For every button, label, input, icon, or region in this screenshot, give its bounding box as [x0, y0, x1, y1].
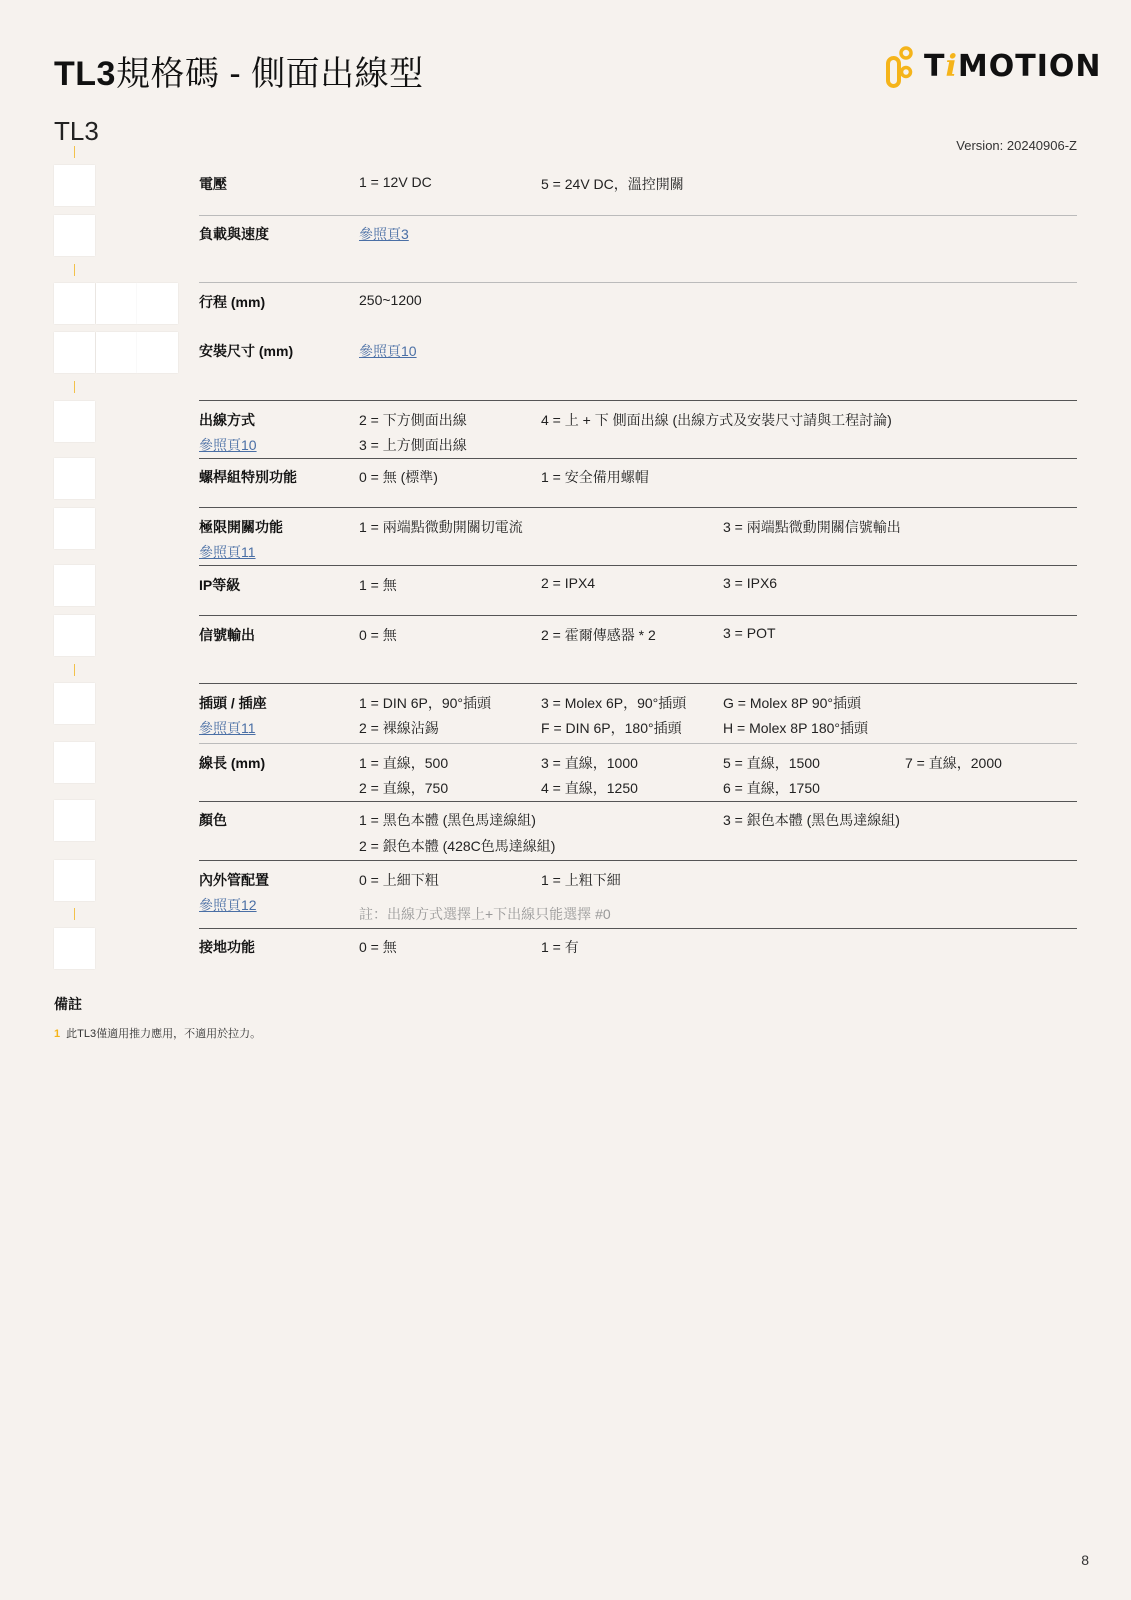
option: 2 = 裸線沾錫 [359, 718, 439, 738]
code-box-load-speed[interactable] [54, 215, 95, 256]
logo-circles-icon [886, 42, 914, 90]
code-box-signal[interactable] [54, 615, 95, 656]
option: 1 = DIN 6P，90°插頭 [359, 693, 491, 713]
row-ip-rating: IP等級 1 = 無 2 = IPX4 3 = IPX6 [199, 565, 1077, 616]
title-text: 規格碼 - 側面出線型 [116, 55, 424, 93]
option: 1 = 直線，500 [359, 753, 448, 773]
option: 1 = 黑色本體 (黑色馬達線組) [359, 810, 536, 830]
code-box-color[interactable] [54, 800, 95, 841]
option: 0 = 無 [359, 937, 397, 957]
option: 7 = 直線，2000 [905, 753, 1002, 773]
code-box-stroke-3[interactable] [137, 283, 178, 324]
row-ground: 接地功能 0 = 無 1 = 有 [199, 928, 1077, 971]
ref-page-link[interactable]: 參照頁11 [199, 542, 256, 562]
option: 0 = 無 [359, 625, 397, 645]
row-color: 顏色 1 = 黑色本體 (黑色馬達線組) 3 = 銀色本體 (黑色馬達線組) 2… [199, 801, 1077, 861]
code-box-install-1[interactable] [54, 332, 95, 373]
option: 3 = Molex 6P，90°插頭 [541, 693, 686, 713]
option: 2 = 直線，750 [359, 778, 448, 798]
option: 1 = 安全備用螺帽 [541, 467, 649, 487]
separator-tick [74, 664, 75, 676]
option: G = Molex 8P 90°插頭 [723, 693, 861, 713]
option: H = Molex 8P 180°插頭 [723, 718, 868, 738]
ref-page-link[interactable]: 參照頁11 [199, 718, 256, 738]
code-box-ground[interactable] [54, 928, 95, 969]
row-voltage: 電壓 1 = 12V DC 5 = 24V DC，溫控開關 [199, 170, 1077, 215]
code-box-cable-exit[interactable] [54, 401, 95, 442]
option: 3 = POT [723, 625, 776, 641]
row-label: 信號輸出 [199, 625, 255, 645]
code-box-stroke-1[interactable] [54, 283, 95, 324]
ref-page-link[interactable]: 參照頁3 [359, 224, 409, 244]
ref-page-link[interactable]: 參照頁12 [199, 895, 257, 915]
option: 6 = 直線，1750 [723, 778, 820, 798]
ref-page-link[interactable]: 參照頁10 [199, 435, 257, 455]
option: 5 = 直線，1500 [723, 753, 820, 773]
code-box-voltage[interactable] [54, 165, 95, 206]
row-label: 安裝尺寸 (mm) [199, 341, 293, 361]
separator-tick [74, 908, 75, 920]
logo-wordmark: TiMOTION [924, 49, 1101, 84]
option: 2 = 銀色本體 (428C色馬達線組) [359, 836, 555, 856]
code-box-tube[interactable] [54, 860, 95, 901]
page-title: TL3規格碼 - 側面出線型 [54, 46, 424, 95]
row-label: 螺桿組特別功能 [199, 467, 297, 487]
option: 3 = IPX6 [723, 575, 777, 591]
row-note: 註：出線方式選擇上+下出線只能選擇 #0 [359, 904, 611, 924]
notes-title: 備註 [54, 994, 82, 1014]
option: 1 = 12V DC [359, 174, 432, 190]
option: 2 = 霍爾傳感器 * 2 [541, 625, 656, 645]
separator-tick [74, 381, 75, 393]
row-load-speed: 負載與速度 參照頁3 [199, 215, 1077, 283]
timotion-logo: TiMOTION [886, 42, 1101, 90]
option: 250~1200 [359, 292, 422, 308]
row-limit-switch: 極限開關功能 參照頁11 1 = 兩端點微動開關切電流 3 = 兩端點微動開關信… [199, 507, 1077, 566]
option: 3 = 銀色本體 (黑色馬達線組) [723, 810, 900, 830]
row-cable-length: 線長 (mm) 1 = 直線，500 3 = 直線，1000 5 = 直線，15… [199, 743, 1077, 802]
row-label: 接地功能 [199, 937, 255, 957]
option: 3 = 兩端點微動開關信號輸出 [723, 517, 901, 537]
code-box-install-3[interactable] [137, 332, 178, 373]
row-install-dim: 安裝尺寸 (mm) 參照頁10 [199, 332, 1077, 400]
row-spindle: 螺桿組特別功能 0 = 無 (標準) 1 = 安全備用螺帽 [199, 458, 1077, 508]
code-box-plug[interactable] [54, 683, 95, 724]
option: 0 = 上細下粗 [359, 870, 439, 890]
row-plug: 插頭 / 插座 參照頁11 1 = DIN 6P，90°插頭 3 = Molex… [199, 683, 1077, 744]
option: 3 = 直線，1000 [541, 753, 638, 773]
note-item: 1此TL3僅適用推力應用，不適用於拉力。 [54, 1025, 261, 1041]
code-box-cable-length[interactable] [54, 742, 95, 783]
code-box-install-2[interactable] [96, 332, 137, 373]
row-stroke: 行程 (mm) 250~1200 [199, 282, 1077, 333]
option: 4 = 直線，1250 [541, 778, 638, 798]
separator-tick [74, 146, 75, 158]
model-name: TL3 [54, 116, 99, 147]
option: 3 = 上方側面出線 [359, 435, 467, 455]
ref-page-link[interactable]: 參照頁10 [359, 341, 417, 361]
option: 1 = 兩端點微動開關切電流 [359, 517, 523, 537]
option: 5 = 24V DC，溫控開關 [541, 174, 684, 194]
option: 4 = 上 + 下 側面出線 (出線方式及安裝尺寸請與工程討論) [541, 410, 892, 430]
code-box-stroke-2[interactable] [96, 283, 137, 324]
row-label: 內外管配置 [199, 870, 269, 890]
note-text: 此TL3僅適用推力應用，不適用於拉力。 [66, 1028, 261, 1040]
row-label: IP等級 [199, 575, 240, 595]
row-label: 電壓 [199, 174, 227, 194]
row-signal-output: 信號輸出 0 = 無 2 = 霍爾傳感器 * 2 3 = POT [199, 615, 1077, 684]
row-tube-config: 內外管配置 參照頁12 0 = 上細下粗 1 = 上粗下細 註：出線方式選擇上+… [199, 860, 1077, 929]
code-box-ip[interactable] [54, 565, 95, 606]
row-label: 顏色 [199, 810, 227, 830]
option: 1 = 有 [541, 937, 579, 957]
option: 2 = IPX4 [541, 575, 595, 591]
page-number: 8 [1081, 1552, 1089, 1568]
row-label: 插頭 / 插座 [199, 693, 267, 713]
option: F = DIN 6P，180°插頭 [541, 718, 682, 738]
option: 1 = 上粗下細 [541, 870, 621, 890]
title-model: TL3 [54, 55, 116, 93]
option: 1 = 無 [359, 575, 397, 595]
option: 2 = 下方側面出線 [359, 410, 467, 430]
row-cable-exit: 出線方式 參照頁10 2 = 下方側面出線 4 = 上 + 下 側面出線 (出線… [199, 400, 1077, 459]
row-label: 負載與速度 [199, 224, 269, 244]
row-label: 出線方式 [199, 410, 255, 430]
separator-tick [74, 264, 75, 276]
code-box-spindle[interactable] [54, 458, 95, 499]
option: 0 = 無 (標準) [359, 467, 438, 487]
code-box-limit-switch[interactable] [54, 508, 95, 549]
row-label: 線長 (mm) [199, 753, 265, 773]
row-label: 行程 (mm) [199, 292, 265, 312]
version-label: Version: 20240906-Z [956, 138, 1077, 153]
row-label: 極限開關功能 [199, 517, 283, 537]
note-number: 1 [54, 1028, 60, 1040]
